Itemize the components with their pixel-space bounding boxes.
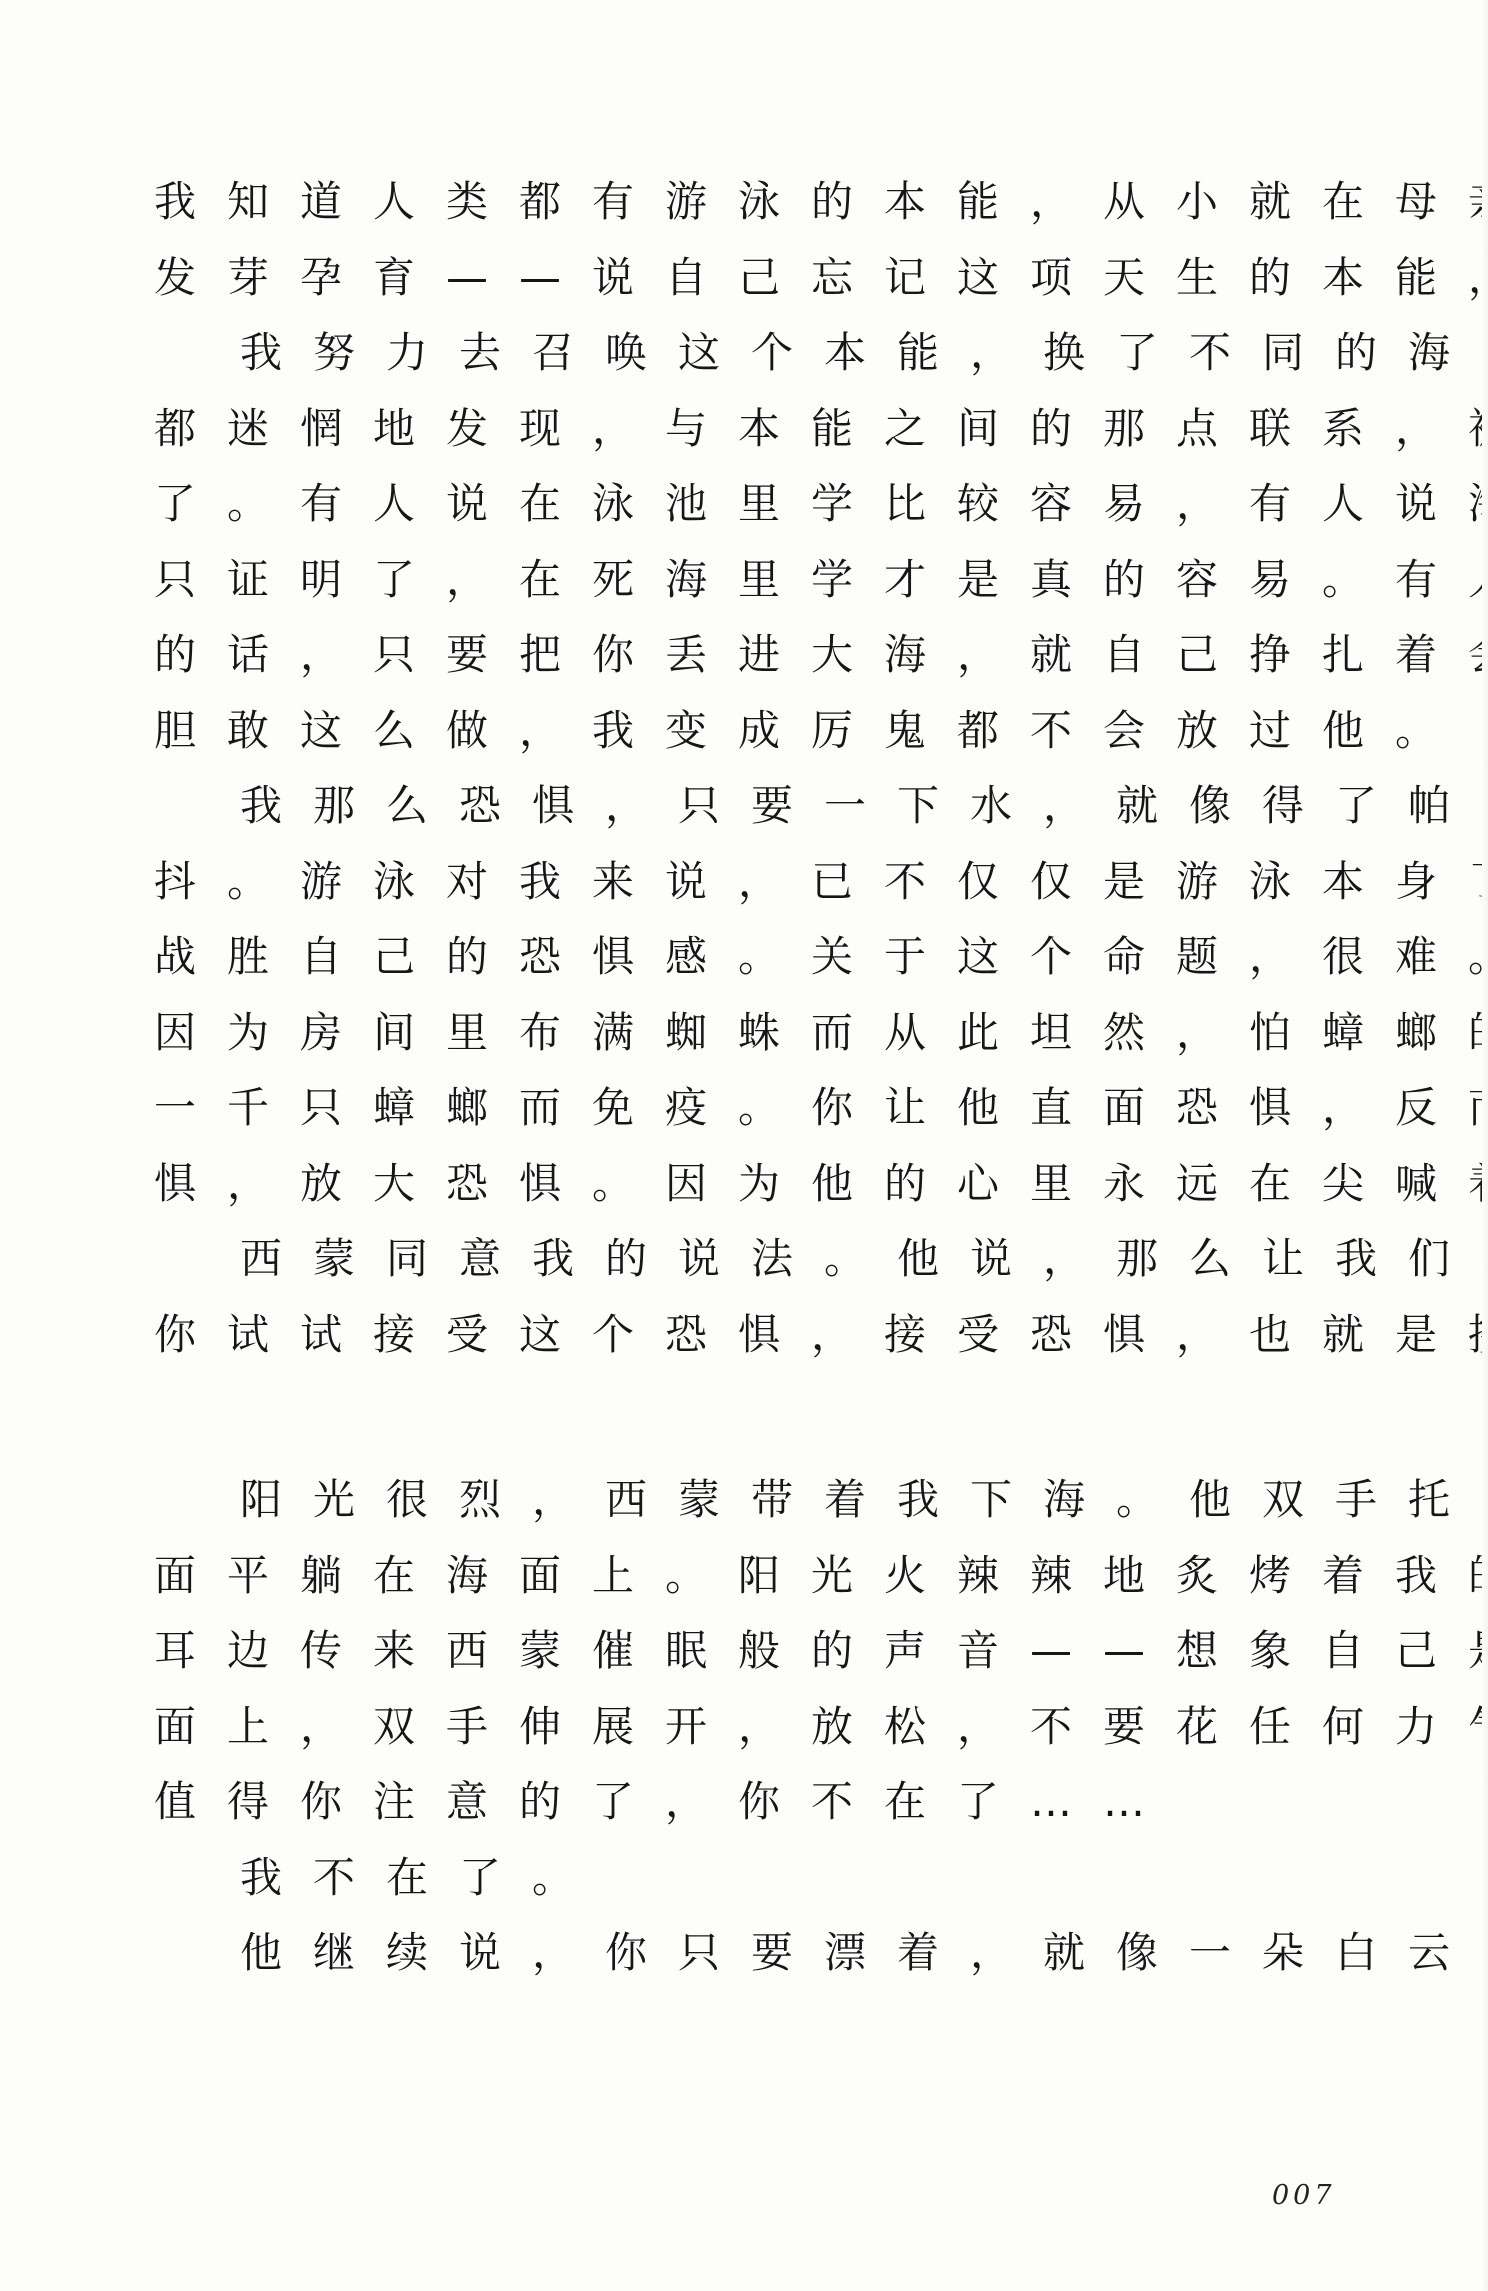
- text-line: 了。有人说在泳池里学比较容易，有人说海里才容易，结果我: [154, 474, 1354, 550]
- body-text: 我知道人类都有游泳的本能，从小就在母亲子宫的羊水中慢慢 发芽孕育——说自己忘记这…: [154, 172, 1354, 1999]
- text-line: 你试试接受这个恐惧，接受恐惧，也就是接受死亡本身。: [154, 1305, 1354, 1381]
- paragraph-simon-agrees: 西蒙同意我的说法。他说，那么让我们来试试说“是”吧。 你试试接受这个恐惧，接受恐…: [154, 1229, 1354, 1380]
- text-line: 抖。游泳对我来说，已不仅仅是游泳本身了，而是变成了如何: [154, 852, 1354, 928]
- text-line: 值得你注意的了，你不在了……: [154, 1772, 1354, 1848]
- text-line: 惧，放大恐惧。因为他的心里永远在尖喊着“不”。: [154, 1154, 1354, 1230]
- text-line: 一千只蟑螂而免疫。你让他直面恐惧，反而是一遍遍地重温恐: [154, 1078, 1354, 1154]
- paragraph-floating: 阳光很烈，西蒙带着我下海。他双手托着我的腰，让我仰 面平躺在海面上。阳光火辣辣地…: [154, 1470, 1354, 1848]
- text-line: 我那么恐惧，只要一下水，就像得了帕金森症似的全身发: [154, 776, 1354, 852]
- text-line: 面上，双手伸展开，放松，不要花任何力气，再没有任何事情: [154, 1697, 1354, 1773]
- text-line: 西蒙同意我的说法。他说，那么让我们来试试说“是”吧。: [154, 1229, 1354, 1305]
- page-number: 007: [1272, 2180, 1336, 2211]
- paragraph-instinct: 我知道人类都有游泳的本能，从小就在母亲子宫的羊水中慢慢 发芽孕育——说自己忘记这…: [154, 172, 1354, 323]
- text-line: 阳光很烈，西蒙带着我下海。他双手托着我的腰，让我仰: [154, 1470, 1354, 1546]
- text-line: 我不在了。: [154, 1848, 1354, 1924]
- text-line: 耳边传来西蒙催眠般的声音——想象自己是一片叶子，漂在海: [154, 1621, 1354, 1697]
- paragraph-i-am-gone: 我不在了。: [154, 1848, 1354, 1924]
- text-line: 我努力去召唤这个本能，换了不同的海域、不同的教练，: [154, 323, 1354, 399]
- paragraph-fear: 我那么恐惧，只要一下水，就像得了帕金森症似的全身发 抖。游泳对我来说，已不仅仅是…: [154, 776, 1354, 1229]
- text-line: 他继续说，你只要漂着，就像一朵白云一样，简简单单地: [154, 1923, 1354, 1999]
- section-break: [154, 1380, 1354, 1470]
- text-line: 战胜自己的恐惧感。关于这个命题，很难。怕蜘蛛的人，不会: [154, 927, 1354, 1003]
- text-line: 只证明了，在死海里学才是真的容易。有人说，如果你真想学: [154, 550, 1354, 626]
- text-line: 都迷惘地发现，与本能之间的那点联系，被强大的恐惧感阻隔: [154, 399, 1354, 475]
- scan-edge-shadow: [1482, 0, 1488, 2291]
- text-line: 我知道人类都有游泳的本能，从小就在母亲子宫的羊水中慢慢: [154, 172, 1354, 248]
- paragraph-summon-instinct: 我努力去召唤这个本能，换了不同的海域、不同的教练， 都迷惘地发现，与本能之间的那…: [154, 323, 1354, 776]
- book-page: 我知道人类都有游泳的本能，从小就在母亲子宫的羊水中慢慢 发芽孕育——说自己忘记这…: [0, 0, 1488, 2291]
- text-line: 胆敢这么做，我变成厉鬼都不会放过他。: [154, 701, 1354, 777]
- text-line: 发芽孕育——说自己忘记这项天生的本能，真是惭愧。: [154, 248, 1354, 324]
- paragraph-white-cloud: 他继续说，你只要漂着，就像一朵白云一样，简简单单地: [154, 1923, 1354, 1999]
- text-line: 面平躺在海面上。阳光火辣辣地炙烤着我的皮肤，闭上眼睛，: [154, 1546, 1354, 1622]
- text-line: 因为房间里布满蜘蛛而从此坦然，怕蟑螂的人也不会因为见了: [154, 1003, 1354, 1079]
- text-line: 的话，只要把你丢进大海，就自己挣扎着会了——如果真有人: [154, 625, 1354, 701]
